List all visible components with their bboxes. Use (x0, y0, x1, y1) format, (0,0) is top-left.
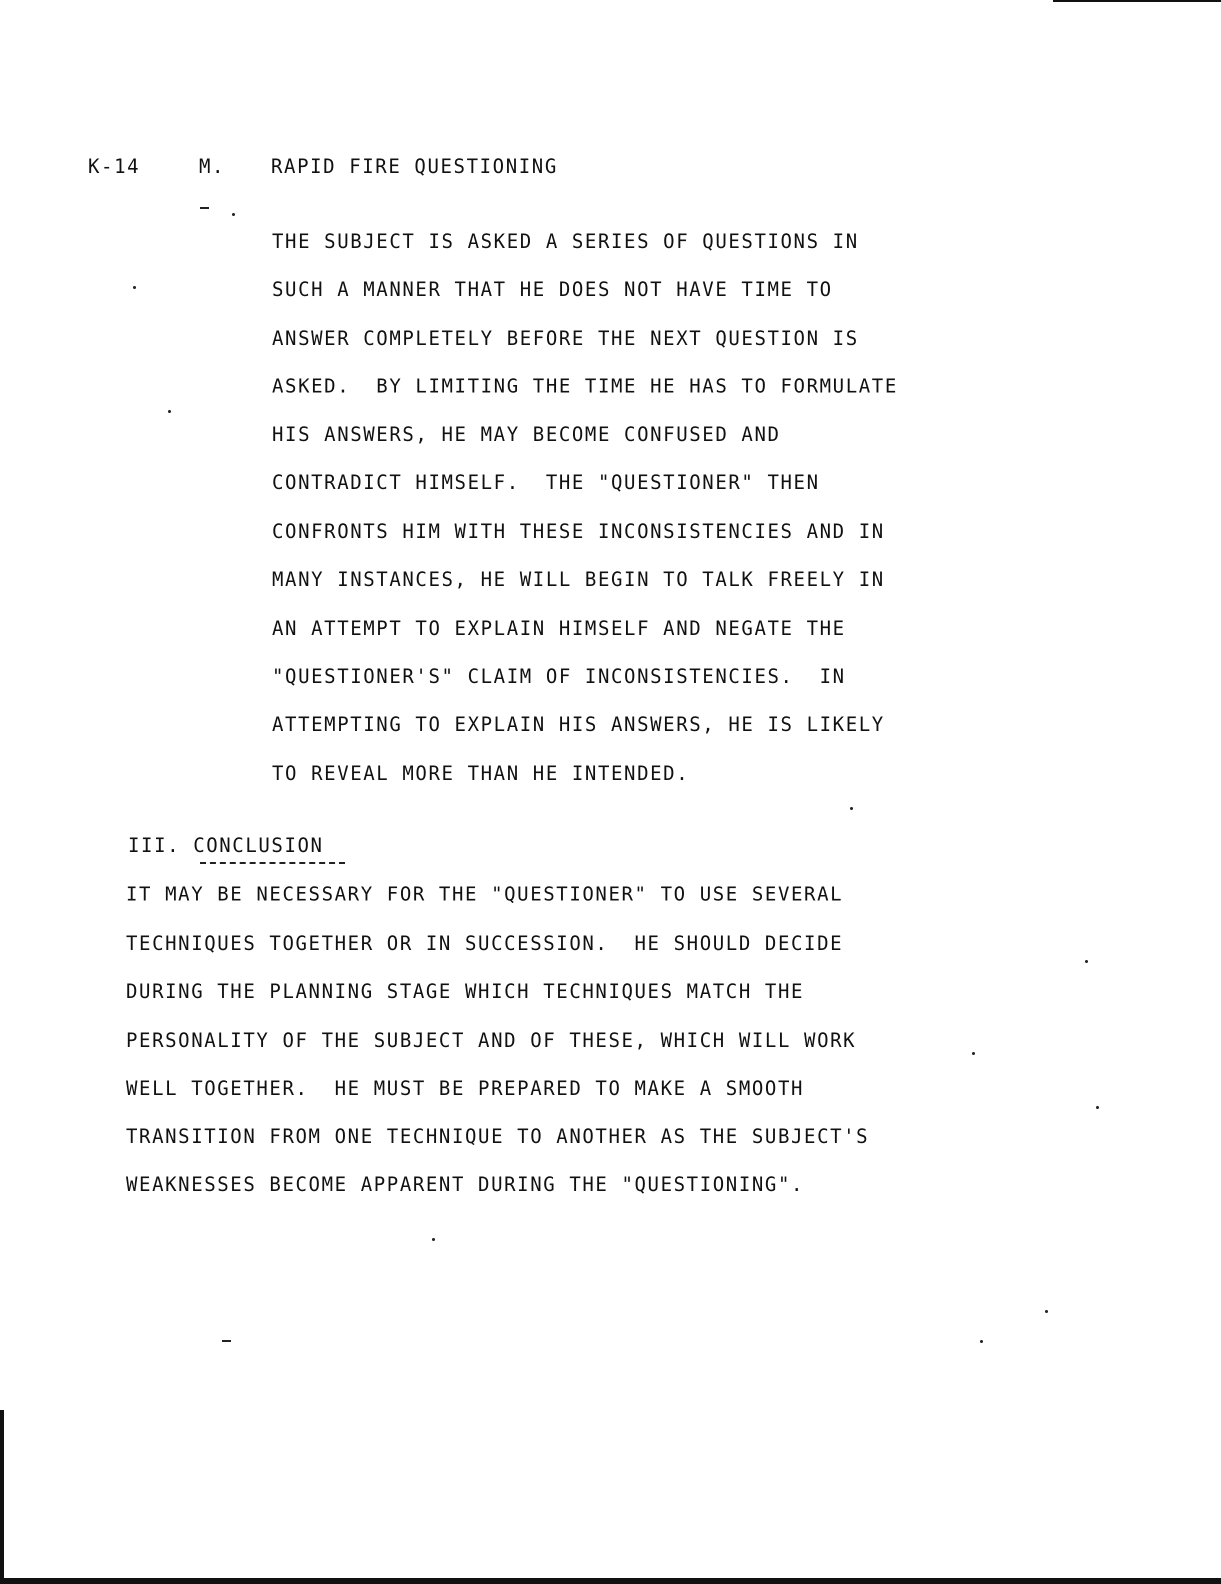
scan-speck (972, 1052, 975, 1055)
scan-speck (1085, 960, 1088, 963)
item-letter: M. (199, 157, 225, 177)
paragraph-line: MANY INSTANCES, HE WILL BEGIN TO TALK FR… (272, 570, 885, 590)
page-label: K-14 (88, 157, 140, 177)
scan-speck (133, 286, 136, 289)
document-page: K-14 M. RAPID FIRE QUESTIONING THE SUBJE… (0, 0, 1221, 1584)
scan-speck (232, 213, 235, 216)
scan-speck (1045, 1310, 1048, 1313)
paragraph-line: "QUESTIONER'S" CLAIM OF INCONSISTENCIES.… (272, 667, 846, 687)
paragraph-line: SUCH A MANNER THAT HE DOES NOT HAVE TIME… (272, 280, 833, 300)
paragraph-line: ANSWER COMPLETELY BEFORE THE NEXT QUESTI… (272, 329, 859, 349)
paragraph-line: PERSONALITY OF THE SUBJECT AND OF THESE,… (126, 1031, 856, 1051)
scan-speck (222, 1340, 231, 1342)
heading-underline (200, 862, 345, 864)
paragraph-line: ATTEMPTING TO EXPLAIN HIS ANSWERS, HE IS… (272, 715, 885, 735)
scan-speck (850, 807, 853, 810)
paragraph-line: DURING THE PLANNING STAGE WHICH TECHNIQU… (126, 982, 804, 1002)
paragraph-line: TO REVEAL MORE THAN HE INTENDED. (272, 764, 689, 784)
paragraph-line: CONFRONTS HIM WITH THESE INCONSISTENCIES… (272, 522, 885, 542)
paragraph-line: WELL TOGETHER. HE MUST BE PREPARED TO MA… (126, 1079, 804, 1099)
paragraph-line: CONTRADICT HIMSELF. THE "QUESTIONER" THE… (272, 473, 820, 493)
section-title: RAPID FIRE QUESTIONING (271, 157, 558, 177)
scan-speck (1096, 1106, 1099, 1109)
scan-speck (200, 207, 209, 209)
conclusion-heading: III. CONCLUSION (128, 836, 324, 856)
scan-speck (168, 410, 171, 413)
scan-speck (432, 1238, 435, 1241)
scan-edge-top (1053, 0, 1221, 2)
paragraph-line: HIS ANSWERS, HE MAY BECOME CONFUSED AND (272, 425, 781, 445)
paragraph-line: TECHNIQUES TOGETHER OR IN SUCCESSION. HE… (126, 934, 843, 954)
scan-speck (980, 1340, 983, 1343)
scan-edge-bottom (0, 1578, 1221, 1584)
scan-edge-left (0, 1410, 4, 1584)
paragraph-line: THE SUBJECT IS ASKED A SERIES OF QUESTIO… (272, 232, 859, 252)
paragraph-line: ASKED. BY LIMITING THE TIME HE HAS TO FO… (272, 377, 898, 397)
paragraph-line: WEAKNESSES BECOME APPARENT DURING THE "Q… (126, 1175, 804, 1195)
paragraph-line: AN ATTEMPT TO EXPLAIN HIMSELF AND NEGATE… (272, 619, 846, 639)
paragraph-line: IT MAY BE NECESSARY FOR THE "QUESTIONER"… (126, 885, 843, 905)
paragraph-line: TRANSITION FROM ONE TECHNIQUE TO ANOTHER… (126, 1127, 869, 1147)
